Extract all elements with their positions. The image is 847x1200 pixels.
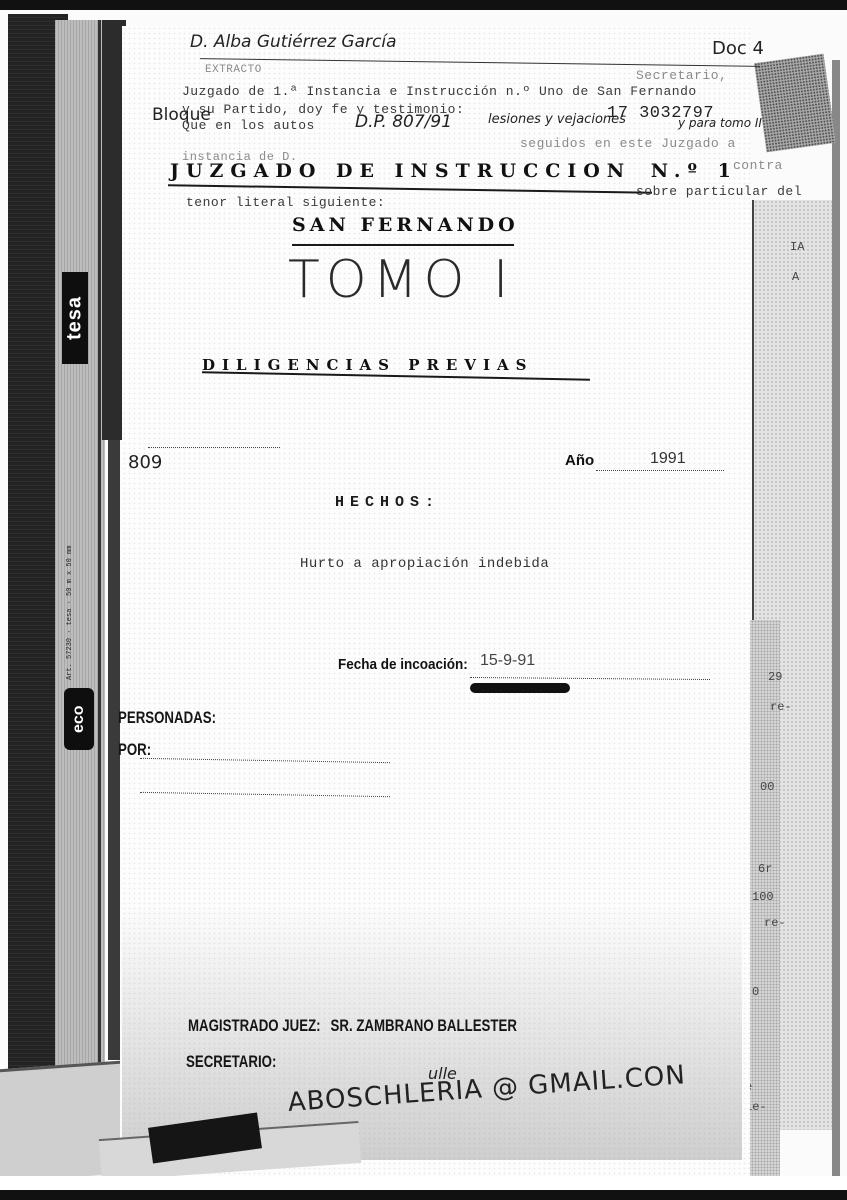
magistrado-label-text: MAGISTRADO JUEZ:: [188, 1016, 321, 1035]
year-value: 1991: [650, 450, 686, 468]
scan-border-top: [0, 0, 847, 10]
margin-fragment: re-: [770, 700, 792, 714]
secretario-label: SECRETARIO:: [186, 1052, 276, 1072]
doc-mark: Doc 4: [712, 38, 764, 59]
margin-fragment: 29: [768, 670, 782, 684]
court-title-number: N.º 1: [651, 160, 738, 182]
court-title: JUZGADO DE INSTRUCCION N.º 1: [170, 160, 738, 182]
line-seguidos: seguidos en este Juzgado a: [520, 136, 736, 151]
line-que-en: Que en los autos: [182, 118, 315, 133]
margin-fragment: 0: [752, 985, 759, 999]
typed-header-faint: EXTRACTO: [205, 64, 262, 76]
hechos-label: HECHOS:: [335, 494, 440, 511]
margin-fragment: re-: [764, 916, 786, 930]
margin-fragment: 100: [752, 890, 774, 904]
margin-fragment: IA: [790, 240, 804, 254]
redaction-mark: [470, 683, 570, 693]
handwritten-margin-number: 809: [128, 452, 162, 473]
hechos-value: Hurto a apropiación indebida: [300, 556, 549, 572]
handwritten-autos-extra: lesiones y vejaciones: [488, 112, 626, 127]
fecha-value: 15-9-91: [480, 652, 535, 670]
scan-margin-bottom: [0, 1176, 847, 1190]
year-dotted-line: [596, 470, 724, 471]
line-contra: contra: [733, 158, 783, 173]
city-title: SAN FERNANDO: [292, 214, 519, 236]
tape-strip-text: Art. 57230 · tesa · 50 m x 50 mm: [66, 470, 86, 680]
handwritten-autos-ref: D.P. 807/91: [355, 112, 452, 132]
binder-edge-line: [98, 20, 101, 1080]
margin-fragment: 00: [760, 780, 774, 794]
handwritten-name: D. Alba Gutiérrez García: [190, 32, 397, 52]
fecha-label: Fecha de incoación:: [338, 656, 468, 673]
margin-fragment: 6r: [758, 862, 772, 876]
margin-fragment: A: [792, 270, 799, 284]
eco-logo: eco: [64, 688, 94, 750]
handwritten-tomo: TOMO I: [288, 250, 514, 310]
magistrado-label: MAGISTRADO JUEZ: SR. ZAMBRANO BALLESTER: [188, 1016, 517, 1036]
margin-dotted-line: [148, 447, 280, 448]
personadas-label: PERSONADAS:: [118, 708, 216, 728]
line-particular: sobre particular del: [636, 184, 802, 199]
line-tenor: tenor literal siguiente:: [186, 195, 385, 210]
magistrado-name: SR. ZAMBRANO BALLESTER: [331, 1016, 517, 1035]
court-title-main: JUZGADO DE INSTRUCCION: [170, 160, 631, 182]
secretario-line: Secretario,: [636, 68, 727, 83]
tesa-logo: tesa: [62, 272, 88, 364]
right-edge-shadow: [832, 60, 840, 1180]
scan-border-bottom: [0, 1190, 847, 1200]
year-label: Año: [565, 452, 594, 469]
line-juzgado: Juzgado de 1.ª Instancia e Instrucción n…: [182, 84, 697, 99]
handwritten-tomo-extra: y para tomo II: [678, 116, 762, 130]
scanned-document: tesa Art. 57230 · tesa · 50 m x 50 mm ec…: [0, 0, 847, 1200]
torn-corner: [754, 54, 836, 153]
city-underline: [292, 244, 514, 246]
